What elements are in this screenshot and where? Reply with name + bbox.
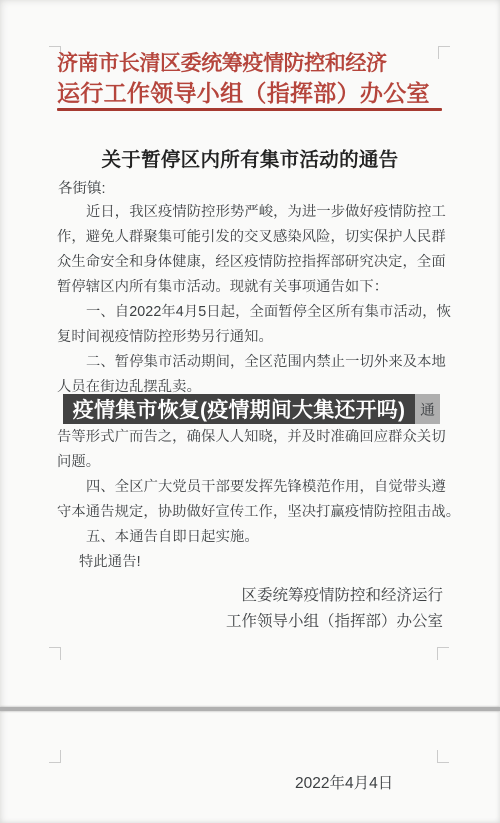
signature-block: 区委统筹疫情防控和经济运行 工作领导小组（指挥部）办公室 (57, 583, 443, 635)
body-line: 众生命安全和身体健康，经区疫情防控指挥部研究决定，全面 (57, 250, 453, 275)
caption-peek-char: 通 (415, 394, 440, 424)
issue-date: 2022年4月4日 (295, 773, 393, 795)
issuer-header-line1: 济南市长清区委统筹疫情防控和经济 (57, 50, 445, 78)
notice-title: 关于暂停区内所有集市活动的通告 (57, 147, 443, 173)
crop-mark-page2-right (437, 750, 449, 763)
signature-line2: 工作领导小组（指挥部）办公室 (57, 609, 443, 635)
body-line: 告等形式广而告之，确保人人知晓，并及时准确回应群众关切 (57, 425, 453, 450)
body-line: 五、本通告自即日起实施。 (57, 525, 453, 550)
body-line: 作，避免人群聚集可能引发的交叉感染风险，切实保护人民群 (57, 225, 453, 250)
body-line: 复时间视疫情防控形势另行通知。 (57, 325, 453, 350)
issuer-header-line2: 运行工作领导小组（指挥部）办公室 (57, 78, 445, 108)
page-separator-line (0, 707, 500, 711)
body-line: 一、自2022年4月5日起，全面暂停全区所有集市活动，恢 (57, 300, 453, 325)
crop-mark-bottom-left (49, 647, 61, 660)
body-line: 问题。 (57, 450, 453, 475)
body-line: 暂停辖区内所有集市活动。现就有关事项通告如下： (57, 275, 453, 300)
body-line: 近日，我区疫情防控形势严峻，为进一步做好疫情防控工 (57, 200, 453, 225)
salutation: 各街镇: (58, 177, 106, 201)
notice-photo: 济南市长清区委统筹疫情防控和经济 运行工作领导小组（指挥部）办公室 关于暂停区内… (0, 0, 500, 823)
caption-overlay-text: 疫情集市恢复(疫情期间大集还开吗) (63, 394, 415, 424)
body-text-block: 近日，我区疫情防控形势严峻，为进一步做好疫情防控工 作，避免人群聚集可能引发的交… (57, 200, 453, 400)
red-divider-rule (57, 108, 442, 111)
crop-mark-page2-left (49, 750, 61, 763)
body-line: 四、全区广大党员干部要发挥先锋模范作用，自觉带头遵 (57, 475, 453, 500)
body-line: 守本通告规定，协助做好宣传工作，坚决打赢疫情防控阻击战。 (57, 500, 453, 525)
caption-overlay-band: 疫情集市恢复(疫情期间大集还开吗) 通 (63, 394, 440, 424)
body-line: 二、暂停集市活动期间，全区范围内禁止一切外来及本地 (57, 350, 453, 375)
body-line: 特此通告! (57, 550, 453, 575)
signature-line1: 区委统筹疫情防控和经济运行 (57, 583, 443, 609)
crop-mark-bottom-right (437, 647, 449, 660)
body-text-block-after: 告等形式广而告之，确保人人知晓，并及时准确回应群众关切 问题。 四、全区广大党员… (57, 425, 453, 575)
